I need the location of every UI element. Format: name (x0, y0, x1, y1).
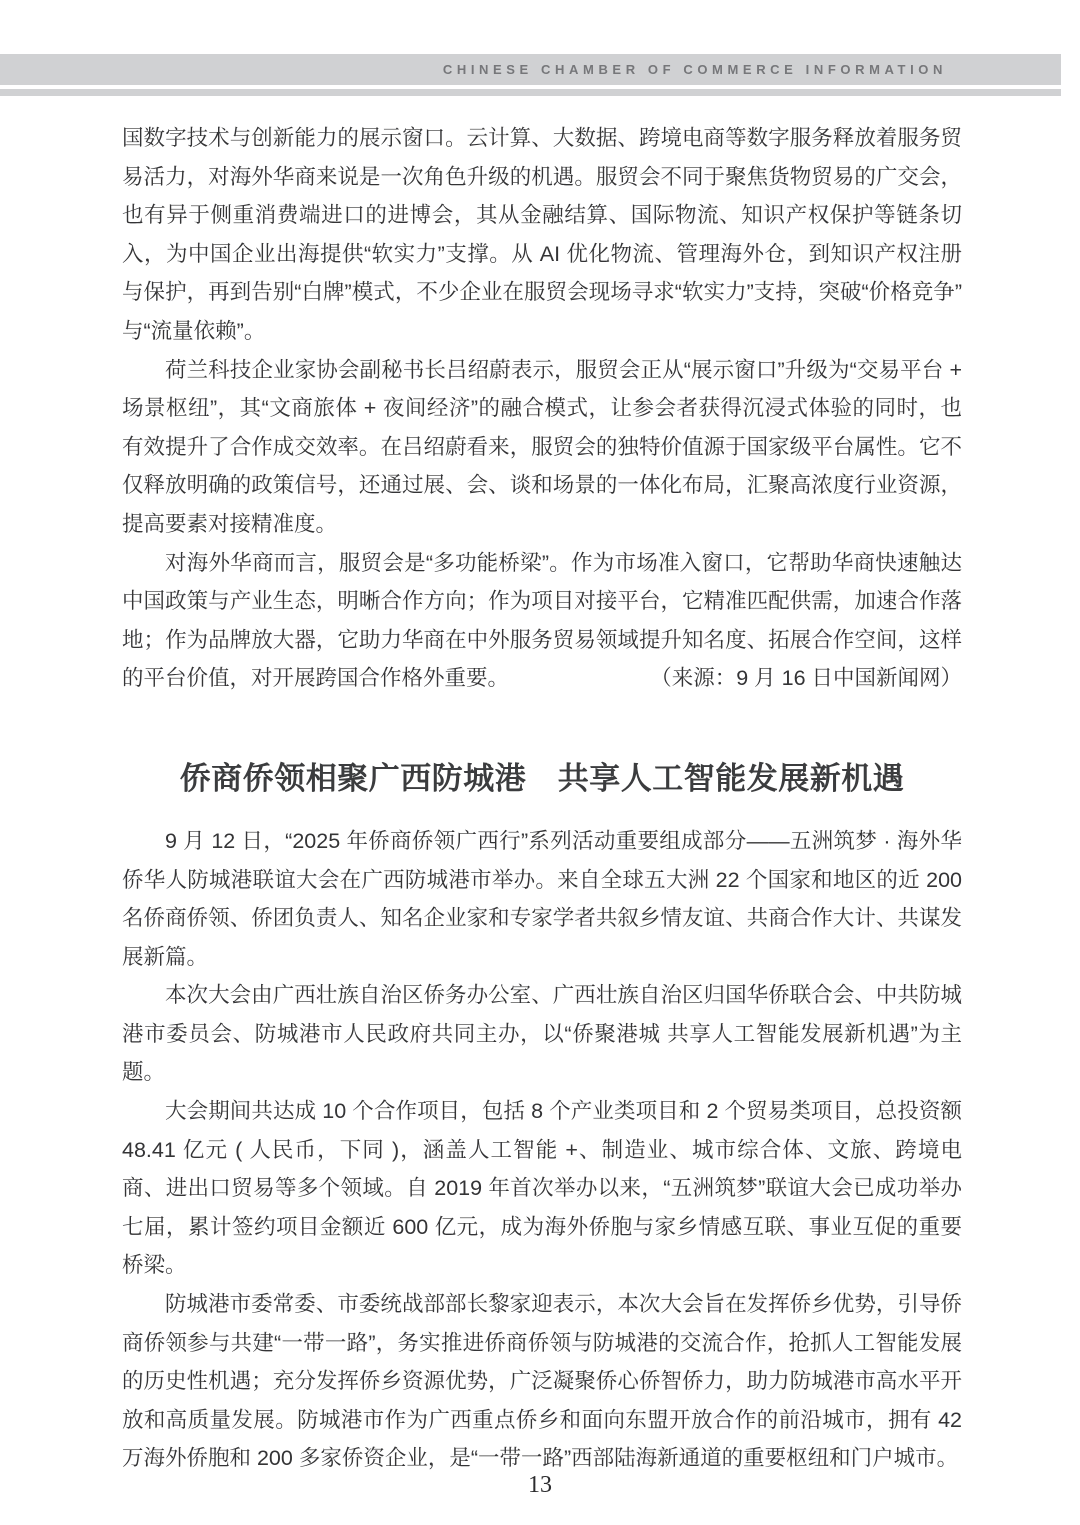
document-page: CHINESE CHAMBER OF COMMERCE INFORMATION … (0, 0, 1080, 1525)
page-number: 13 (0, 1472, 1080, 1499)
article2-paragraph: 防城港市委常委、市委统战部部长黎家迎表示，本次大会旨在发挥侨乡优势，引导侨商侨领… (122, 1285, 962, 1478)
article-body: 国数字技术与创新能力的展示窗口。云计算、大数据、跨境电商等数字服务释放着服务贸易… (122, 119, 962, 1478)
article2-paragraph: 本次大会由广西壮族自治区侨务办公室、广西壮族自治区归国华侨联合会、中共防城港市委… (122, 976, 962, 1092)
article2-title: 侨商侨领相聚广西防城港 共享人工智能发展新机遇 (122, 758, 962, 800)
article1-paragraph-continuation: 国数字技术与创新能力的展示窗口。云计算、大数据、跨境电商等数字服务释放着服务贸易… (122, 119, 962, 351)
article2-paragraph: 9 月 12 日，“2025 年侨商侨领广西行”系列活动重要组成部分——五洲筑梦… (122, 822, 962, 976)
article2-paragraph: 大会期间共达成 10 个合作项目，包括 8 个产业类项目和 2 个贸易类项目，总… (122, 1092, 962, 1285)
header-band: CHINESE CHAMBER OF COMMERCE INFORMATION (0, 54, 1061, 85)
header-title: CHINESE CHAMBER OF COMMERCE INFORMATION (443, 62, 947, 77)
article1-paragraph: 荷兰科技企业家协会副秘书长吕绍蔚表示，服贸会正从“展示窗口”升级为“交易平台 +… (122, 351, 962, 544)
header-band-thin (0, 89, 1061, 96)
